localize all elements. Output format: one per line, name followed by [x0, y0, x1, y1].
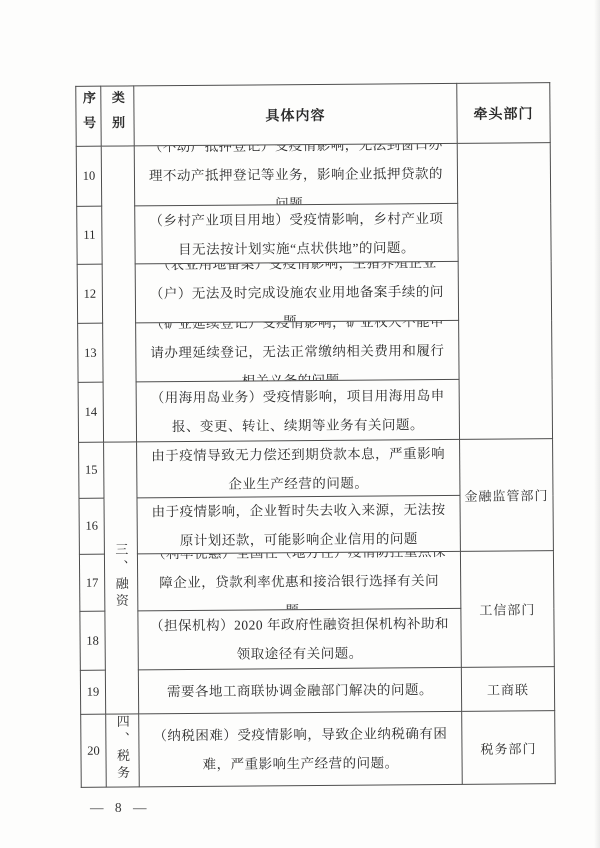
row-no: 15: [79, 442, 104, 498]
department-cell-federation-commerce: 工商联: [461, 667, 554, 712]
header-category: 类别: [101, 86, 134, 146]
row-no: 17: [79, 554, 104, 611]
content-cell: （农业用地备案）受疫情影响，生猪养殖企业（户）无法及时完成设施农业用地备案手续的…: [135, 261, 458, 323]
scan-edge-shadow: [594, 0, 600, 848]
issues-table: 序号 类别 具体内容 牵头部门 10 （不动产抵押登记）受疫情影响，无法到窗口办…: [75, 82, 555, 788]
department-cell-tax: 税务部门: [462, 711, 556, 785]
department-cell-finance-regulator: 金融监管部门: [460, 439, 554, 552]
content-text: （担保机构）2020 年政府性融资担保机构补助和领取途径有关问题。: [138, 609, 460, 670]
row-no: 16: [79, 498, 104, 554]
category-cell-financing: 三、融资: [104, 442, 139, 714]
category-tax-label: 四、税务: [113, 714, 133, 782]
content-cell: （矿业延续登记）受疫情影响，矿业权人不能申请办理延续登记，无法正常缴纳相关费用和…: [136, 320, 459, 382]
row-no: 18: [80, 611, 105, 670]
row-no: 19: [80, 670, 105, 714]
content-text: （矿业延续登记）受疫情影响，矿业权人不能申请办理延续登记，无法正常缴纳相关费用和…: [136, 321, 458, 382]
content-cell: （用海用岛业务）受疫情影响，项目用海用岛申报、变更、转让、续期等业务有关问题。: [136, 379, 459, 442]
content-text: （农业用地备案）受疫情影响，生猪养殖企业（户）无法及时完成设施农业用地备案手续的…: [136, 262, 458, 323]
header-no-label: 序号: [79, 87, 98, 141]
content-text: 由于疫情影响，企业暂时失去收入来源，无法按原计划还款，可能影响企业信用的问题: [137, 496, 459, 554]
table-header-row: 序号 类别 具体内容 牵头部门: [76, 83, 550, 147]
content-text: （纳税困难）受疫情影响，导致企业纳税确有困难，严重影响生产经营的问题。: [139, 717, 461, 782]
content-text: （用海用岛业务）受疫情影响，项目用海用岛申报、变更、转让、续期等业务有关问题。: [137, 380, 459, 442]
content-text: （利率优惠）全国性（地方性）疫情防控重点保障企业，贷款利率优惠和接洽银行选择有关…: [138, 552, 460, 611]
content-cell: （乡村产业项目用地）受疫情影响，乡村产业项目无法按计划实施“点状供地”的问题。: [135, 203, 458, 264]
header-department: 牵头部门: [457, 83, 550, 144]
row-no: 12: [77, 264, 102, 323]
page-number: — 8 —: [90, 800, 151, 816]
content-text: （不动产抵押登记）受疫情影响，无法到窗口办理不动产抵押登记等业务，影响企业抵押贷…: [135, 144, 457, 206]
content-cell: 由于疫情导致无力偿还到期贷款本息，严重影响企业生产经营的问题。: [137, 439, 460, 498]
row-no: 11: [77, 206, 102, 264]
table-row: 19 需要各地工商联协调金融部门解决的问题。 工商联: [80, 667, 554, 715]
table-row: 15 三、融资 由于疫情导致无力偿还到期贷款本息，严重影响企业生产经营的问题。 …: [79, 439, 553, 499]
department-cell-continued: [457, 143, 552, 440]
document-page: 序号 类别 具体内容 牵头部门 10 （不动产抵押登记）受疫情影响，无法到窗口办…: [0, 0, 600, 848]
category-financing-label: 三、融资: [111, 542, 131, 610]
content-text: 需要各地工商联协调金融部门解决的问题。: [139, 668, 461, 714]
category-cell-continued: [101, 146, 136, 442]
content-cell: 需要各地工商联协调金融部门解决的问题。: [138, 667, 461, 714]
content-cell: 由于疫情影响，企业暂时失去收入来源，无法按原计划还款，可能影响企业信用的问题: [137, 495, 460, 554]
header-category-label: 类别: [108, 86, 127, 140]
header-content: 具体内容: [134, 83, 457, 146]
content-text: 由于疫情导致无力偿还到期贷款本息，严重影响企业生产经营的问题。: [137, 440, 459, 498]
content-text: （乡村产业项目用地）受疫情影响，乡村产业项目无法按计划实施“点状供地”的问题。: [135, 204, 457, 264]
category-cell-tax: 四、税务: [106, 714, 140, 787]
content-cell: （利率优惠）全国性（地方性）疫情防控重点保障企业，贷款利率优惠和接洽银行选择有关…: [137, 551, 460, 611]
content-cell: （不动产抵押登记）受疫情影响，无法到窗口办理不动产抵押登记等业务，影响企业抵押贷…: [134, 143, 457, 206]
content-cell: （担保机构）2020 年政府性融资担保机构补助和领取途径有关问题。: [138, 608, 461, 670]
table-row: 20 四、税务 （纳税困难）受疫情影响，导致企业纳税确有困难，严重影响生产经营的…: [81, 711, 556, 788]
content-cell: （纳税困难）受疫情影响，导致企业纳税确有困难，严重影响生产经营的问题。: [139, 711, 463, 787]
row-no: 10: [76, 146, 101, 206]
row-no: 13: [78, 323, 103, 382]
row-no: 20: [81, 714, 107, 787]
department-cell-industry-info: 工信部门: [460, 551, 554, 668]
table-row: 17 （利率优惠）全国性（地方性）疫情防控重点保障企业，贷款利率优惠和接洽银行选…: [79, 551, 553, 612]
row-no: 14: [78, 382, 103, 442]
table-row: 10 （不动产抵押登记）受疫情影响，无法到窗口办理不动产抵押登记等业务，影响企业…: [76, 143, 550, 207]
header-no: 序号: [76, 86, 101, 146]
